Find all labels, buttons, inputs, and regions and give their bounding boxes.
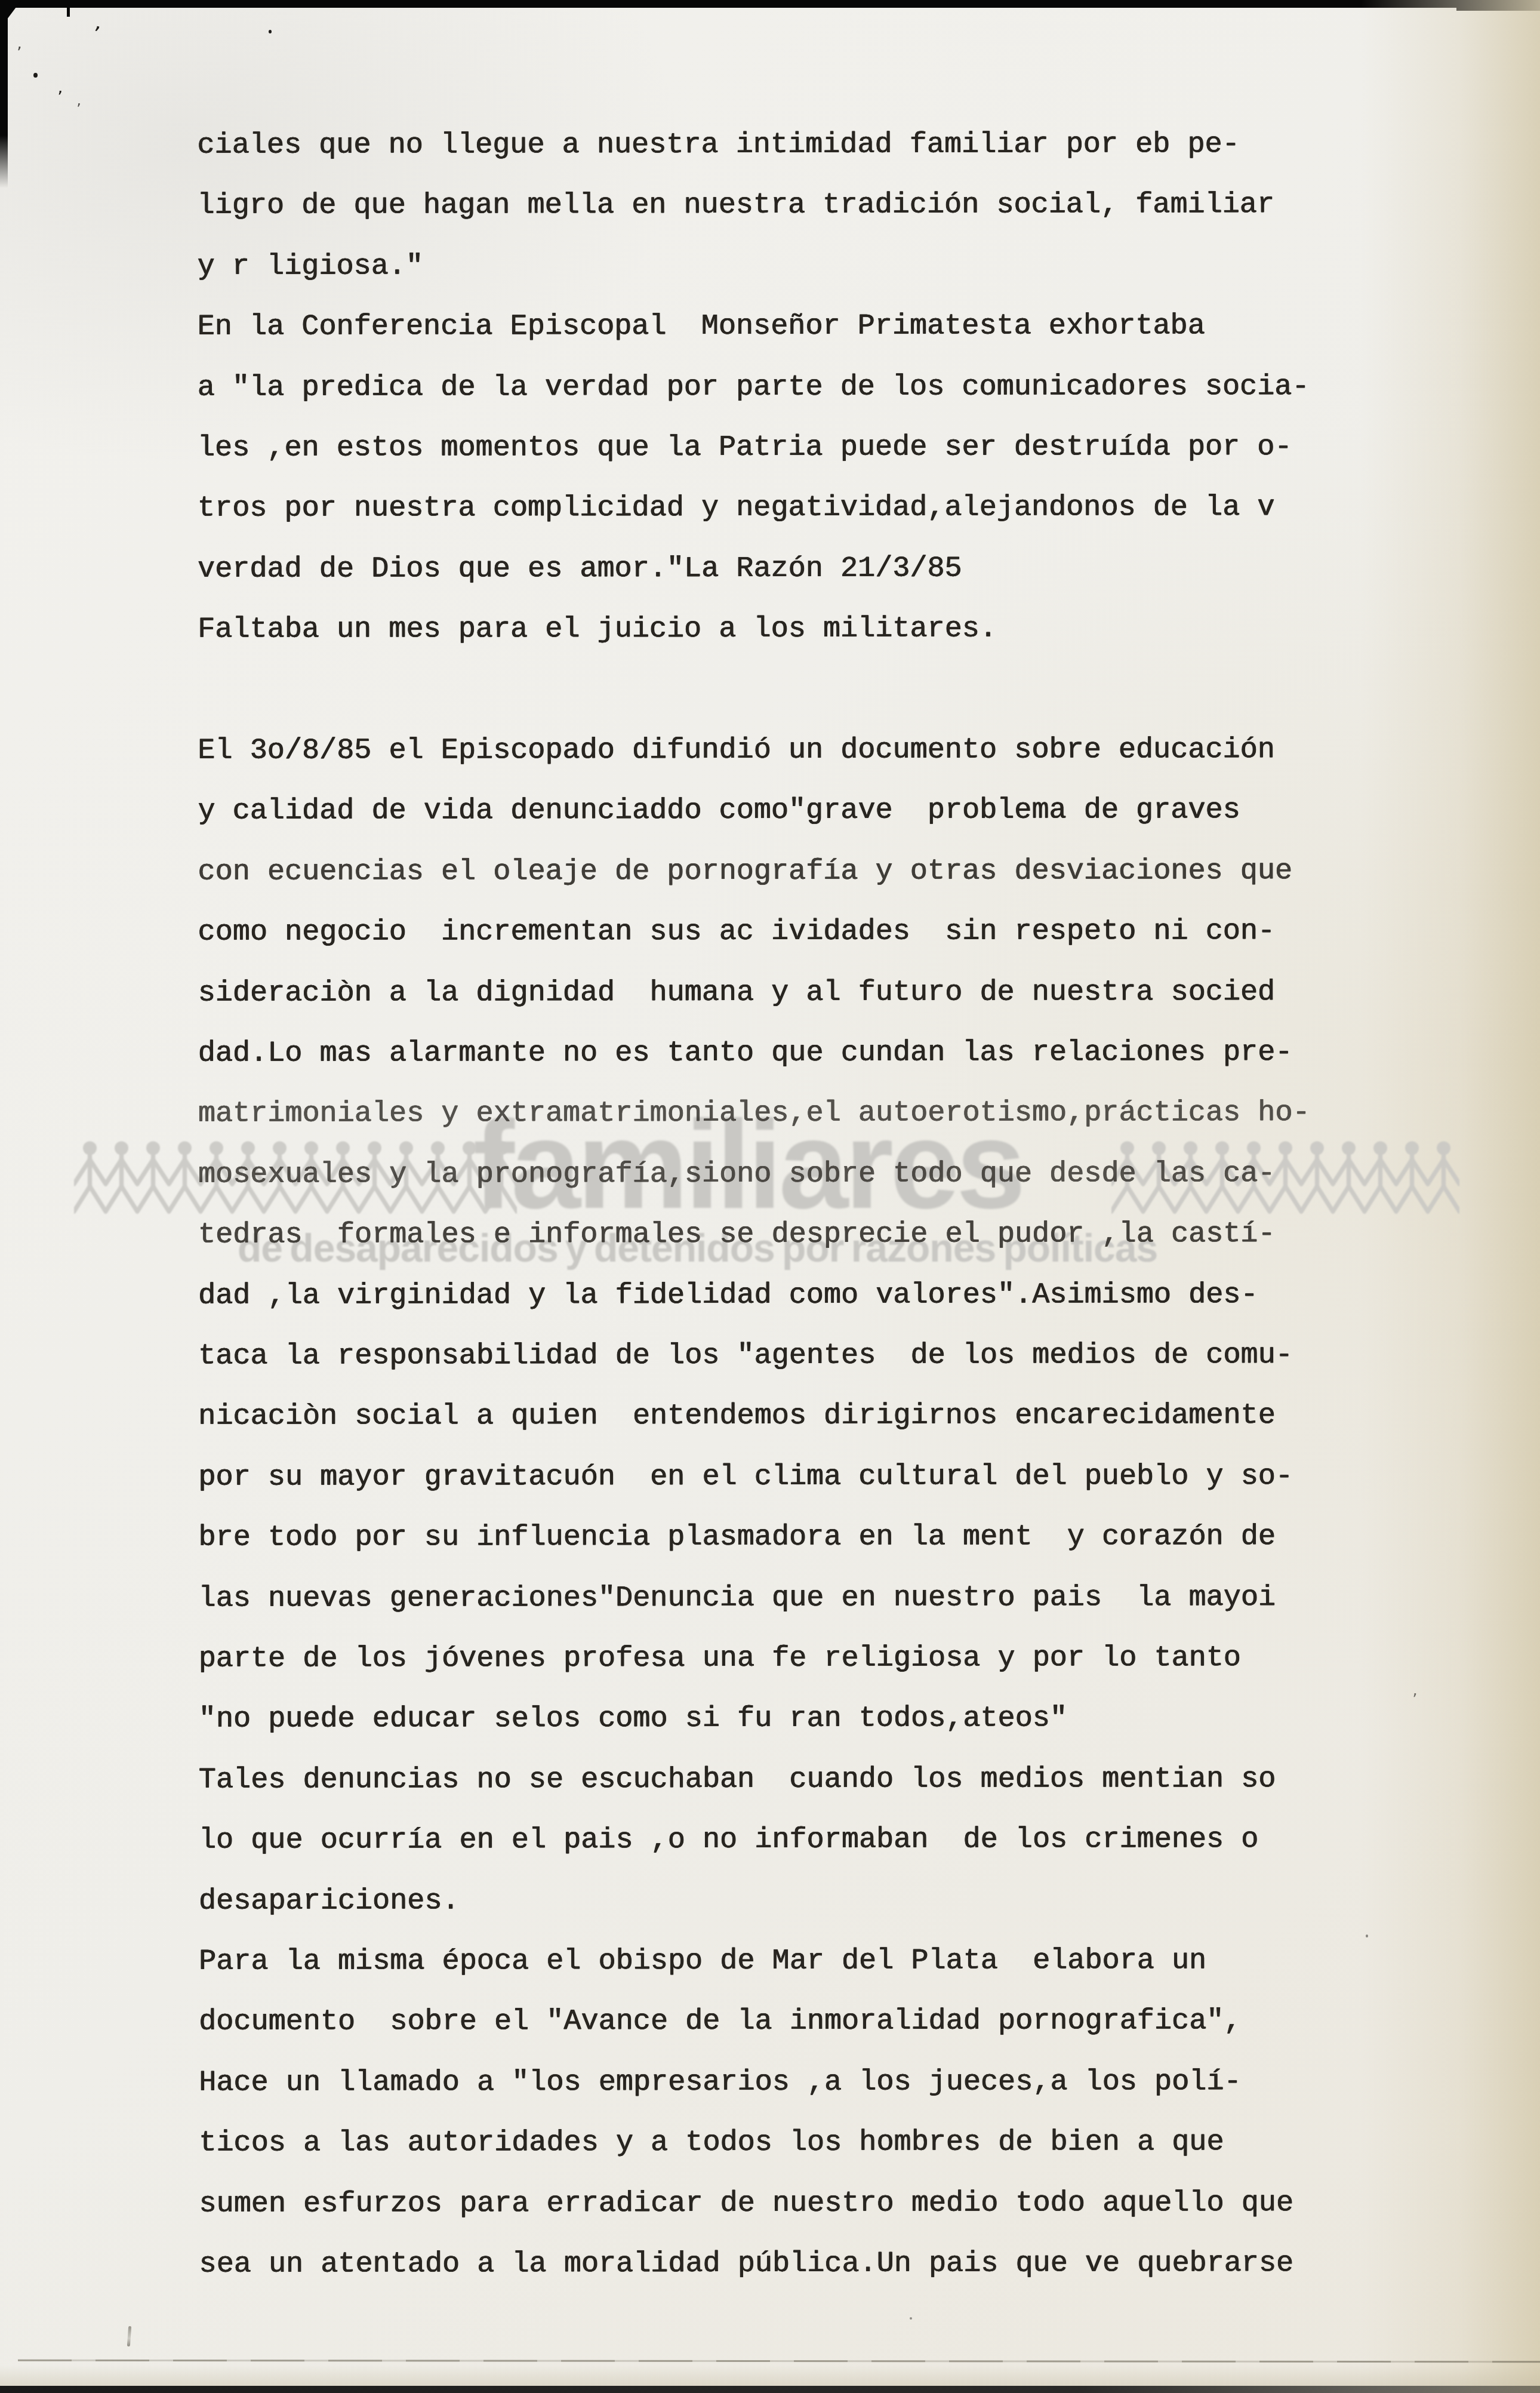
typed-line: ticos a las autoridades y a todos los ho… [199, 2126, 1224, 2160]
typed-line: sea un atentado a la moralidad pública.U… [199, 2247, 1294, 2281]
typed-line: dad ,la virginidad y la fidelidad como v… [198, 1278, 1258, 1313]
typed-line: nicaciòn social a quien entendemos dirig… [198, 1399, 1276, 1434]
ink-speck [1366, 1934, 1368, 1937]
document-page: familiares de desaparecidos y detenidos … [0, 0, 1540, 2393]
typed-line: por su mayor gravitacuón en el clima cul… [198, 1460, 1293, 1494]
typed-text-layer: ciales que no llegue a nuestra intimidad… [0, 0, 1540, 2393]
typed-line: desapariciones. [199, 1884, 460, 1918]
ink-speck [33, 73, 38, 78]
typed-line: parte de los jóvenes profesa una fe reli… [199, 1641, 1241, 1676]
scanned-document: { "document": { "lines": [ "ciales que n… [0, 0, 1540, 2393]
typed-line: Para la misma época el obispo de Mar del… [199, 1944, 1206, 1978]
typed-line: En la Conferencia Episcopal Monseñor Pri… [198, 310, 1205, 344]
typed-line: dad.Lo mas alarmante no es tanto que cun… [198, 1036, 1293, 1071]
typed-line: Tales denuncias no se escuchaban cuando … [199, 1763, 1276, 1797]
typed-line: les ,en estos momentos que la Patria pue… [198, 430, 1292, 465]
typed-line: ciales que no llegue a nuestra intimidad… [197, 128, 1239, 162]
typed-line: tedras formales e informales se despreci… [198, 1217, 1276, 1252]
ink-speck: ’ [17, 44, 22, 63]
typed-line: documento sobre el "Avance de la inmoral… [199, 2005, 1241, 2040]
typed-line: y r ligiosa." [198, 250, 423, 283]
typed-line: Faltaba un mes para el juicio a los mili… [198, 613, 997, 647]
typed-line: matrimoniales y extramatrimoniales,el au… [198, 1097, 1310, 1131]
typed-line: "no puede educar selos como si fu ran to… [199, 1702, 1067, 1736]
typed-line: El 3o/8/85 el Episcopado difundió un doc… [198, 733, 1275, 768]
typed-line: taca la responsabilidad de los "agentes … [198, 1339, 1293, 1373]
typed-line: sumen esfurzos para erradicar de nuestro… [199, 2186, 1293, 2221]
typed-line: y calidad de vida denunciaddo como"grave… [198, 794, 1240, 829]
typed-line: lo que ocurría en el pais ,o no informab… [199, 1823, 1258, 1857]
typed-line: mosexuales y la pronografía,siono sobre … [198, 1157, 1276, 1192]
typed-line: a "la predica de la verdad por parte de … [198, 370, 1310, 405]
typed-line: las nuevas generaciones"Denuncia que en … [199, 1581, 1276, 1616]
typed-line: sideraciòn a la dignidad humana y al fut… [198, 976, 1276, 1010]
typed-line: bre todo por su influencia plasmadora en… [198, 1520, 1276, 1555]
typed-line: con ecuencias el oleaje de pornografía y… [198, 854, 1293, 889]
ink-speck [910, 2317, 912, 2320]
typed-line: ligro de que hagan mella en nuestra trad… [198, 189, 1275, 223]
ink-speck: ’ [76, 100, 81, 118]
ink-speck: ’ [1412, 1691, 1418, 1709]
typed-line: tros por nuestra complicidad y negativid… [198, 491, 1275, 526]
ink-speck [269, 30, 272, 33]
ink-speck: ’ [57, 87, 63, 107]
typed-line: Hace un llamado a "los empresarios ,a lo… [199, 2065, 1241, 2100]
typed-line: como negocio incrementan sus ac ividades… [198, 915, 1276, 949]
typed-line: verdad de Dios que es amor."La Razón 21/… [198, 552, 962, 586]
